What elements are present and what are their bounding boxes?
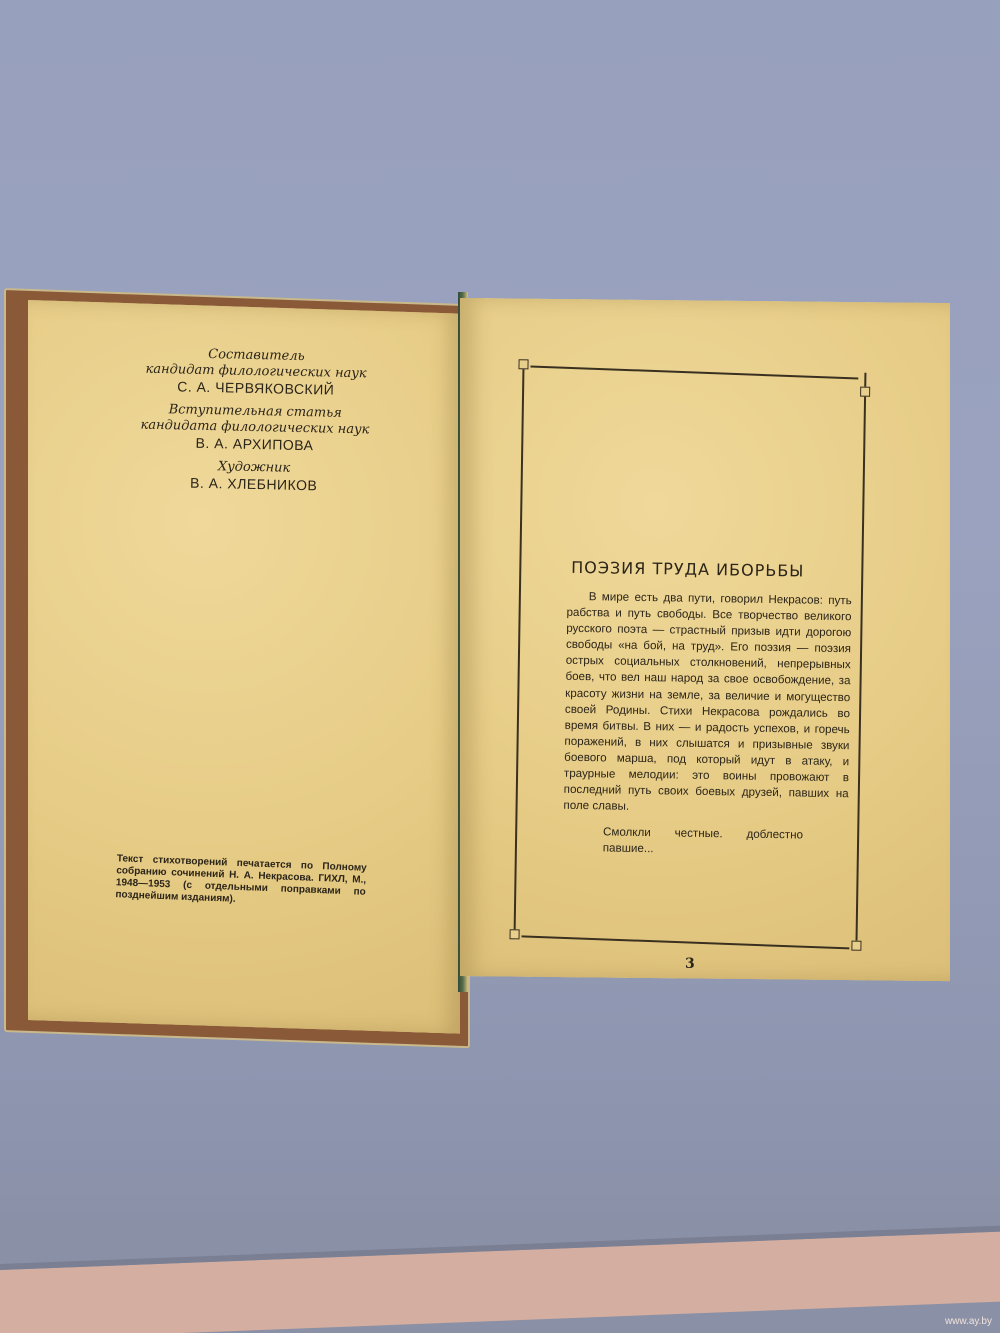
- colophon: Текст стихотворений печатается по Полном…: [115, 853, 367, 911]
- frame-corner-icon: [851, 941, 861, 951]
- intro-article: ПОЭЗИЯ ТРУДА ИБОРЬБЫ В мире есть два пут…: [563, 558, 853, 861]
- article-body: В мире есть два пути, говорил Некрасов: …: [563, 589, 852, 819]
- article-heading: ПОЭЗИЯ ТРУДА ИБОРЬБЫ: [571, 558, 852, 581]
- watermark: www.ay.by: [945, 1316, 992, 1327]
- frame-corner-icon: [860, 387, 870, 397]
- frame-corner-icon: [509, 929, 519, 939]
- frame-corner-icon: [518, 359, 528, 369]
- table-surface: [0, 1232, 1000, 1333]
- page-number: 3: [685, 956, 695, 972]
- article-quote: Смолкли честные. доблестно павшие...: [603, 825, 803, 860]
- credits-block: Составитель кандидат филологических наук…: [118, 345, 391, 503]
